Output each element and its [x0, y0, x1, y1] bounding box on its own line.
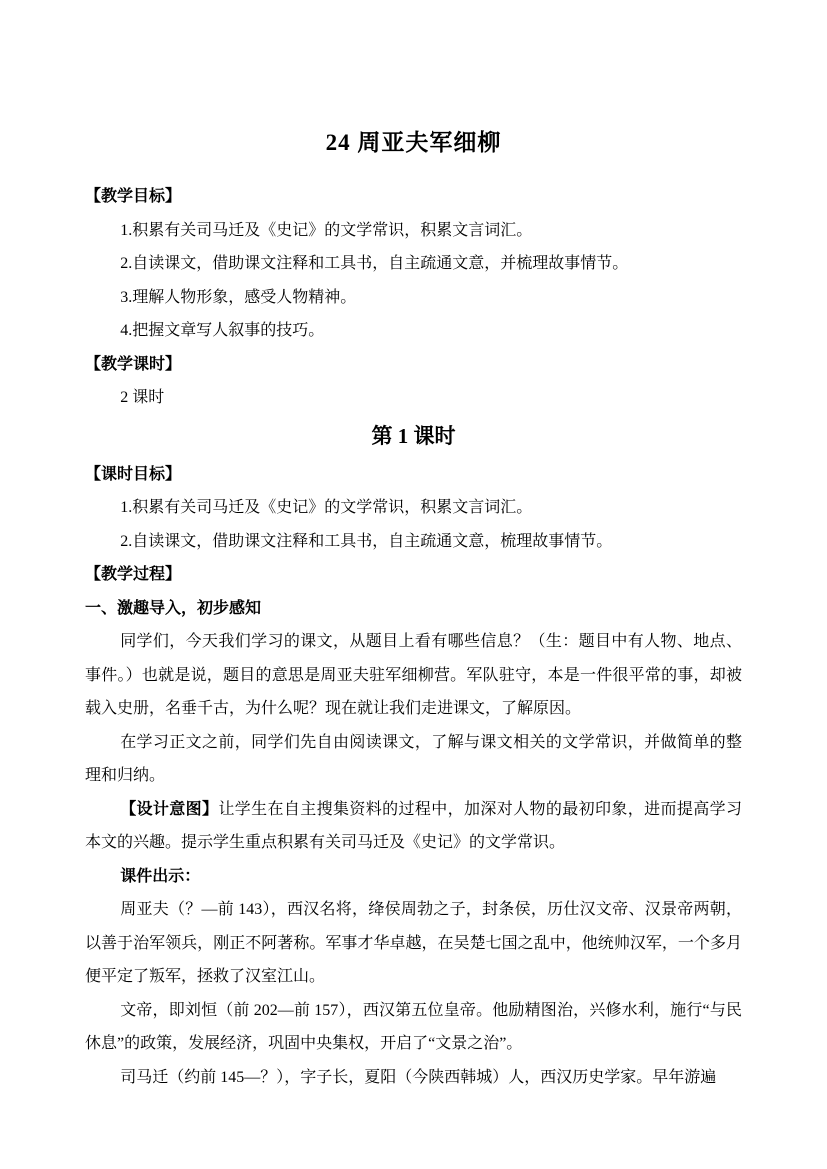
courseware-paragraph-zhouyafu: 周亚夫（？—前 143），西汉名将，绛侯周勃之子，封条侯，历仕汉文帝、汉景帝两朝…	[85, 893, 742, 994]
teaching-periods-value: 2 课时	[85, 381, 742, 415]
section1-paragraph-2: 在学习正文之前，同学们先自由阅读课文，了解与课文相关的文学常识，并做简单的整理和…	[85, 726, 742, 793]
document-title: 24 周亚夫军细柳	[85, 126, 742, 160]
courseware-paragraph-simaqian: 司马迁（约前 145—？），字子长，夏阳（今陕西韩城）人，西汉历史学家。早年游遍	[85, 1061, 742, 1095]
teaching-goals-heading: 【教学目标】	[85, 180, 742, 214]
lesson1-heading: 第 1 课时	[85, 416, 742, 456]
courseware-label: 课件出示：	[85, 860, 742, 894]
teaching-process-heading: 【教学过程】	[85, 558, 742, 592]
period-goal-item-1: 1.积累有关司马迁及《史记》的文学常识，积累文言词汇。	[85, 491, 742, 525]
teaching-goal-item-4: 4.把握文章写人叙事的技巧。	[85, 314, 742, 348]
document-page: 24 周亚夫军细柳 【教学目标】 1.积累有关司马迁及《史记》的文学常识，积累文…	[0, 0, 827, 1169]
teaching-goal-item-3: 3.理解人物形象，感受人物精神。	[85, 281, 742, 315]
teaching-periods-heading: 【教学课时】	[85, 348, 742, 382]
section1-paragraph-1: 同学们，今天我们学习的课文，从题目上看有哪些信息？（生：题目中有人物、地点、事件…	[85, 625, 742, 726]
design-intent-label: 【设计意图】	[120, 801, 218, 818]
design-intent-paragraph: 【设计意图】让学生在自主搜集资料的过程中，加深对人物的最初印象，进而提高学习本文…	[85, 793, 742, 860]
teaching-goal-item-2: 2.自读课文，借助课文注释和工具书，自主疏通文意，并梳理故事情节。	[85, 247, 742, 281]
section1-heading: 一、激趣导入，初步感知	[85, 592, 742, 626]
courseware-paragraph-wendi: 文帝，即刘恒（前 202—前 157），西汉第五位皇帝。他励精图治，兴修水利，施…	[85, 994, 742, 1061]
period-goal-item-2: 2.自读课文，借助课文注释和工具书，自主疏通文意，梳理故事情节。	[85, 525, 742, 559]
period-goals-heading: 【课时目标】	[85, 458, 742, 492]
teaching-goal-item-1: 1.积累有关司马迁及《史记》的文学常识，积累文言词汇。	[85, 214, 742, 248]
